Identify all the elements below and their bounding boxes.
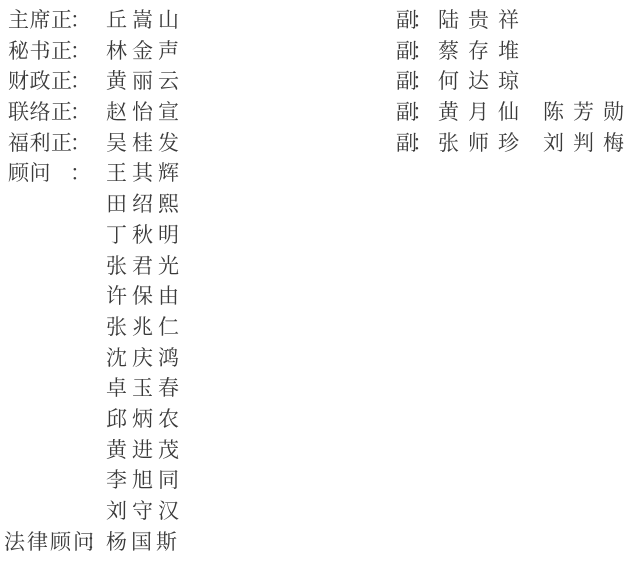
vice-member-name: 蔡存堆 — [438, 36, 528, 67]
roster-row: 丁秋明 — [0, 220, 628, 251]
roster-row: 邱炳农 — [0, 404, 628, 435]
roster-row: 许保由 — [0, 281, 628, 312]
member-name: 沈庆鸿 — [106, 343, 184, 374]
label-colon: ： — [70, 128, 91, 159]
vice-member-name: 陆贵祥 — [438, 5, 528, 36]
vice-colon: ： — [412, 97, 433, 128]
member-name: 张君光 — [106, 251, 184, 282]
vice-member-name-2: 陈芳勋 — [543, 97, 628, 128]
label-colon: ： — [70, 158, 91, 189]
member-name: 田绍熙 — [106, 189, 184, 220]
position-label: 福利正 — [8, 128, 73, 159]
member-name: 林金声 — [106, 36, 184, 67]
roster-row: 顾问 ： 王其辉 — [0, 158, 628, 189]
member-name: 刘守汉 — [106, 496, 184, 527]
roster-row: 法律顾问 ： 杨国斯 — [0, 527, 628, 558]
position-label: 秘书正 — [8, 36, 73, 67]
position-label: 财政正 — [8, 66, 73, 97]
member-name: 李旭同 — [106, 465, 184, 496]
member-name: 赵怡宣 — [106, 97, 184, 128]
label-colon: ： — [70, 36, 91, 67]
member-name: 黄丽云 — [106, 66, 184, 97]
roster-row: 卓玉春 — [0, 373, 628, 404]
vice-colon: ： — [412, 36, 433, 67]
roster-row: 张君光 — [0, 251, 628, 282]
member-name: 邱炳农 — [106, 404, 184, 435]
member-name: 张兆仁 — [106, 312, 184, 343]
member-name: 丁秋明 — [106, 220, 184, 251]
roster-row: 沈庆鸿 — [0, 343, 628, 374]
label-colon: ： — [70, 5, 91, 36]
roster-row: 田绍熙 — [0, 189, 628, 220]
position-label: 顾问 — [8, 158, 51, 189]
committee-roster-page: 主席正 ： 丘嵩山 副 ： 陆贵祥 秘书正 ： 林金声 副 ： 蔡存堆 财政正 … — [0, 0, 628, 565]
vice-colon: ： — [412, 128, 433, 159]
roster-row: 财政正 ： 黄丽云 副 ： 何达琼 — [0, 66, 628, 97]
member-name: 卓玉春 — [106, 373, 184, 404]
member-name: 吴桂发 — [106, 128, 184, 159]
position-label: 法律顾问 — [4, 527, 96, 558]
member-name: 杨国斯 — [106, 527, 181, 558]
roster-row: 张兆仁 — [0, 312, 628, 343]
member-name: 丘嵩山 — [106, 5, 184, 36]
member-name: 黄进茂 — [106, 435, 184, 466]
roster-row: 黄进茂 — [0, 435, 628, 466]
label-colon: ： — [70, 66, 91, 97]
vice-colon: ： — [412, 66, 433, 97]
label-colon: ： — [70, 97, 91, 128]
label-colon: ： — [86, 527, 107, 558]
roster-row: 主席正 ： 丘嵩山 副 ： 陆贵祥 — [0, 5, 628, 36]
roster-row: 刘守汉 — [0, 496, 628, 527]
roster-row: 李旭同 — [0, 465, 628, 496]
roster-row: 秘书正 ： 林金声 副 ： 蔡存堆 — [0, 36, 628, 67]
vice-member-name: 何达琼 — [438, 66, 528, 97]
roster-row: 联络正 ： 赵怡宣 副 ： 黄月仙 陈芳勋 — [0, 97, 628, 128]
member-name: 王其辉 — [106, 158, 184, 189]
position-label: 主席正 — [8, 5, 73, 36]
vice-member-name-2: 刘判梅 — [543, 128, 628, 159]
member-name: 许保由 — [106, 281, 184, 312]
vice-member-name: 张师珍 — [438, 128, 528, 159]
position-label: 联络正 — [8, 97, 73, 128]
roster-rows: 主席正 ： 丘嵩山 副 ： 陆贵祥 秘书正 ： 林金声 副 ： 蔡存堆 财政正 … — [0, 5, 628, 557]
vice-member-name: 黄月仙 — [438, 97, 528, 128]
roster-row: 福利正 ： 吴桂发 副 ： 张师珍 刘判梅 — [0, 128, 628, 159]
vice-colon: ： — [412, 5, 433, 36]
